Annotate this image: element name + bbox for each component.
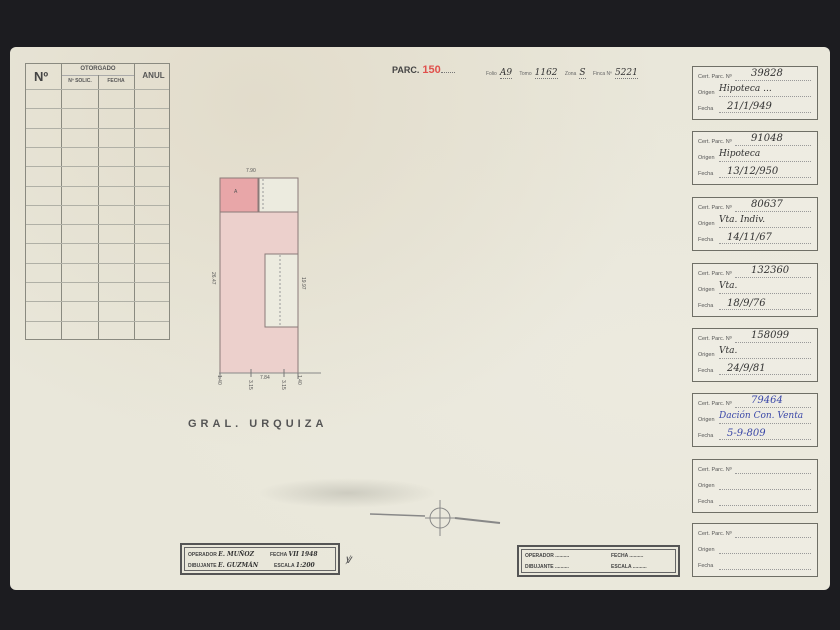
cert-number: 91048 (751, 133, 783, 144)
registry-table-row (26, 205, 169, 206)
date-value: 21/1/949 (727, 101, 772, 112)
operador-value: E. MUÑOZ (218, 551, 254, 558)
signature-box-empty: OPERADOR .......... FECHA .......... DIB… (517, 545, 680, 577)
origin-value: Dación Con. Venta (719, 411, 803, 421)
origin-label: Origen (698, 287, 715, 293)
registry-table-row (26, 321, 169, 322)
date-label: Fecha (698, 563, 713, 569)
origin-label: Origen (698, 352, 715, 358)
registry-table-row (26, 186, 169, 187)
parcel-label: PARC.150 (392, 64, 455, 76)
origin-value: Hipoteca (719, 149, 760, 159)
origin-label: Origen (698, 90, 715, 96)
date-label: Fecha (698, 106, 713, 112)
origin-value: Vta. (719, 281, 737, 291)
fecha-value: VII 1948 (288, 551, 317, 558)
escala-value: 1:200 (296, 562, 315, 569)
parcel-plan: A 7.90 26.47 19.97 7.84 1.40 3.15 3.15 1… (219, 177, 329, 387)
cert-card: Cert. Parc. Nº 39828 Origen Hipoteca ...… (692, 66, 818, 120)
cert-card: Cert. Parc. Nº Origen Fecha (692, 523, 818, 577)
date-label: Fecha (698, 237, 713, 243)
cert-card: Cert. Parc. Nº 80637 Origen Vta. Indiv. … (692, 197, 818, 251)
registry-table: Nº OTORGADO Nº SOLIC. FECHA ANUL (25, 63, 170, 340)
cert-label: Cert. Parc. Nº (698, 336, 732, 342)
dim-top: 7.90 (246, 168, 256, 174)
cert-label: Cert. Parc. Nº (698, 74, 732, 80)
cert-number: 158099 (751, 330, 789, 341)
header-fecha: FECHA (98, 78, 134, 84)
dim-tick: 3.15 (247, 380, 253, 390)
dim-left: 26.47 (210, 272, 216, 285)
cert-card: Cert. Parc. Nº 91048 Origen Hipoteca Fec… (692, 131, 818, 185)
north-arrow-icon (370, 498, 520, 538)
cert-number: 132360 (751, 265, 789, 276)
origin-value: Vta. (719, 346, 737, 356)
zona-value: S (579, 68, 585, 79)
registry-table-row (26, 301, 169, 302)
dibujante-value: E. GUZMÁN (218, 562, 258, 569)
origin-label: Origen (698, 221, 715, 227)
registry-table-row (26, 147, 169, 148)
cert-card: Cert. Parc. Nº 79464 Origen Dación Con. … (692, 393, 818, 447)
registry-table-row (26, 282, 169, 283)
date-label: Fecha (698, 368, 713, 374)
origin-value: Vta. Indiv. (719, 215, 765, 225)
registry-table-row (26, 108, 169, 109)
origin-label: Origen (698, 483, 715, 489)
folio-value: A9 (500, 68, 512, 79)
cert-number: 39828 (751, 68, 783, 79)
origin-value: Hipoteca ... (719, 84, 772, 94)
origin-label: Origen (698, 547, 715, 553)
cert-label: Cert. Parc. Nº (698, 139, 732, 145)
registry-table-row (26, 224, 169, 225)
folio-line: FolioA9 Tomo1162 ZonaS Finca Nº5221 (486, 68, 644, 78)
date-value: 13/12/950 (727, 166, 778, 177)
header-n-solic: Nº SOLIC. (62, 78, 98, 84)
signature-box-filled: OPERADOR E. MUÑOZ FECHA VII 1948 DIBUJAN… (180, 543, 340, 575)
date-value: 24/9/81 (727, 363, 766, 374)
registry-table-row (26, 166, 169, 167)
cert-number: 79464 (751, 395, 783, 406)
date-value: 14/11/67 (727, 232, 772, 243)
parcel-number: 150 (422, 64, 440, 76)
cert-label: Cert. Parc. Nº (698, 271, 732, 277)
header-anul: ANUL (136, 71, 171, 80)
cert-label: Cert. Parc. Nº (698, 467, 732, 473)
dim-tick: 3.15 (280, 380, 286, 390)
lot-marker: A (234, 189, 237, 195)
cert-label: Cert. Parc. Nº (698, 401, 732, 407)
dim-tick: 1.40 (216, 375, 222, 385)
cert-number: 80637 (751, 199, 783, 210)
origin-label: Origen (698, 417, 715, 423)
date-label: Fecha (698, 303, 713, 309)
registry-table-row (26, 263, 169, 264)
header-no: Nº (34, 69, 48, 84)
tomo-value: 1162 (535, 68, 558, 79)
cert-card: Cert. Parc. Nº 158099 Origen Vta. Fecha … (692, 328, 818, 382)
dim-bottom: 7.84 (260, 375, 270, 381)
lot-drawing (219, 177, 329, 382)
date-label: Fecha (698, 171, 713, 177)
header-otorgado: OTORGADO (62, 66, 134, 72)
registry-table-row (26, 89, 169, 90)
cert-card: Cert. Parc. Nº Origen Fecha (692, 459, 818, 513)
cert-label: Cert. Parc. Nº (698, 205, 732, 211)
origin-label: Origen (698, 155, 715, 161)
street-name: GRAL. URQUIZA (188, 418, 327, 430)
cert-label: Cert. Parc. Nº (698, 531, 732, 537)
cert-card: Cert. Parc. Nº 132360 Origen Vta. Fecha … (692, 263, 818, 317)
date-label: Fecha (698, 433, 713, 439)
registry-table-row (26, 243, 169, 244)
finca-value: 5221 (615, 68, 638, 79)
date-value: 5-9-809 (727, 428, 766, 439)
dim-right: 19.97 (300, 277, 306, 290)
initials-mark: ꝟ (345, 550, 351, 567)
date-label: Fecha (698, 499, 713, 505)
date-value: 18/9/76 (727, 298, 766, 309)
dim-tick: 1.40 (296, 375, 302, 385)
registry-table-row (26, 128, 169, 129)
